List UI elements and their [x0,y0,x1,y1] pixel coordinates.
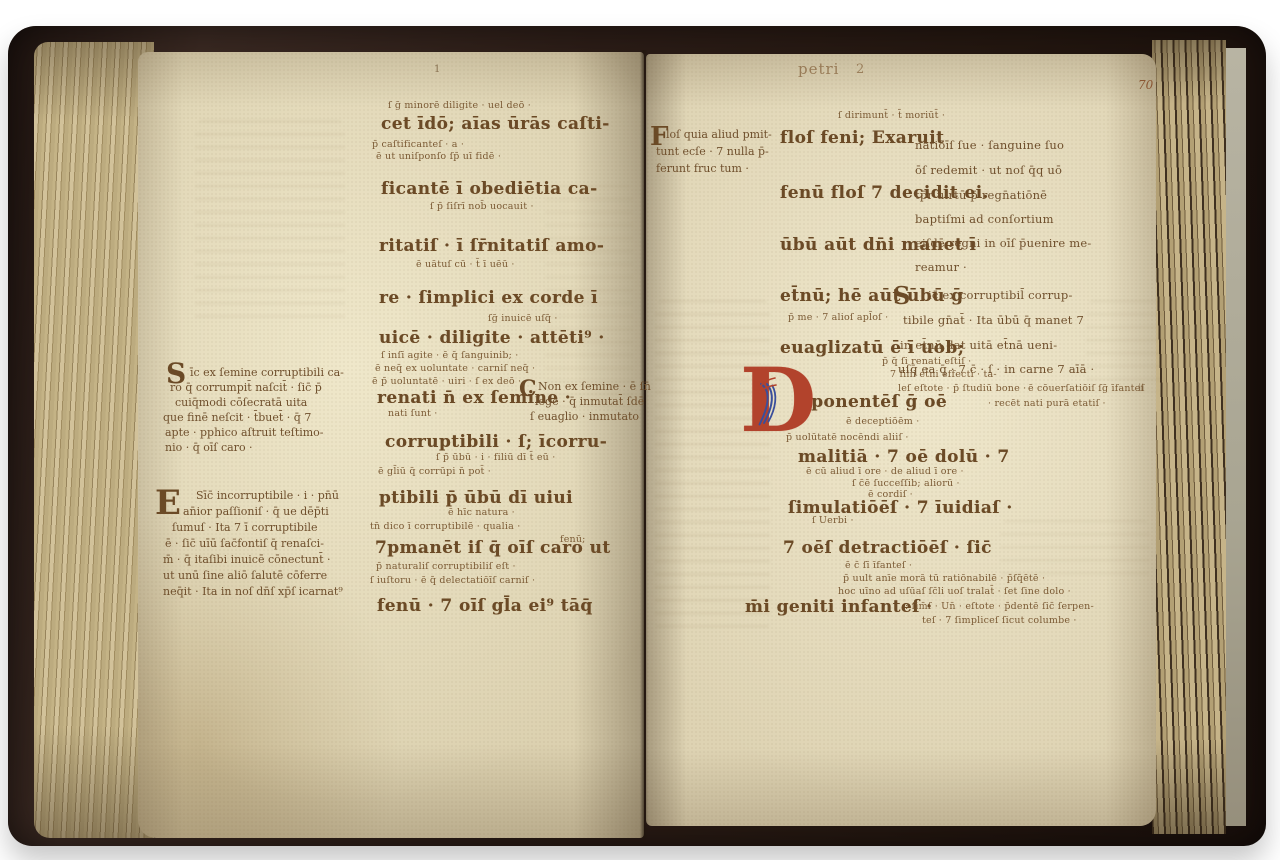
margin-gloss-line: loſ quia aliud pmit- [666,128,772,141]
center-gloss-line: ſ euaglio · inmutato [530,410,639,423]
margin-gloss-line: ſumuſ · Ita 7 ī corruptibile [172,521,318,534]
initial-d-red-sprig [755,376,777,394]
gloss-line: tn̄ dico ī corruptibilē · qualia · [370,521,520,532]
center-gloss-line: Non ex ſemine · ē ſn̄ [538,380,651,393]
gloss-line: fenū; [560,534,586,545]
gloss-line: ē c̄ ſī īfanteſ · [845,560,912,571]
margin-gloss-line: eiſdē regni in oīſ p̄uenire me- [915,236,1091,250]
gloss-line: nati ſunt · [388,408,437,419]
margin-gloss-line: natiōīſ ſue · ſanguine ſuo [915,138,1064,152]
gloss-line: ſ ḡ minorē diligite · uel deō · [388,100,531,111]
gloss-line: teſ · 7 ſimpliceſ ſicut columbe · [922,615,1077,626]
gloss-line: ſ inſī agite · ē q̄ ſanguinib; · [381,350,519,361]
margin-gloss-line: tunt ecſe · 7 nulla p̄- [656,145,769,158]
margin-gloss-line: Sīc̄ incorruptibile · i · pn̄ū [196,489,339,502]
flyleaf-edge [1226,48,1246,826]
gloss-line: ſ c̄ē ſucceſſib; aliorū · [852,478,960,489]
gloss-line: ſ iuſtoru · ē q̄ delectatiōīſ carniſ · [370,575,535,586]
gloss-line: p̄ caſtificanteſ · a · [372,139,464,150]
gloss-line: p̄ naturaliſ corruptibiliſ eſt · [376,561,516,572]
margin-gloss-line: neq̄it · Ita in noſ dn̄ſ xp̄ſ icarnat⁹ [163,585,343,598]
left-header-mark: 1 [434,64,440,75]
lemma-line: ritatiſ · ī ſr̄nitatiſ amo- [379,236,604,256]
lemma-line: fenū · 7 oīſ gl̄a ei⁹ tāq̄ [377,596,593,616]
gloss-line: ē deceptiōēm · [846,416,919,427]
illuminated-initial-d: D [740,364,792,450]
gloss-line: ſ p̄ ūbū · i · filiū dī t̄ eū · [436,452,555,463]
book-gutter-shadow [640,50,648,838]
lemma-line: ficantē ī obediētia ca- [381,179,598,199]
page-edges-left-stack [34,42,154,838]
lemma-line: 7 oēſ detractiōēſ · ſic̄ [783,538,992,558]
margin-gloss-line: an̄ior paſſioniſ · q̄ ue dēp̄ti [183,505,329,518]
margin-gloss-line: reamur · [915,260,967,274]
gloss-line: p̄ me · 7 alioſ apl̄oſ · [788,312,888,323]
center-gloss-line: lege · q̄ inmutat̄ ſdē [535,395,644,408]
page-edges-right-stack [1152,40,1226,834]
gloss-line: ē uātuſ cū · t̄ ī uēū · [416,259,515,270]
margin-gloss-line: baptiſmi ad conſortium [915,212,1054,226]
margin-gloss-line: nio · q̄ oīſ caro · [165,441,253,454]
lemma-line: eponentēſ ḡ oē [800,392,947,412]
margin-gloss-line: īc ex ſemine corruptibili ca- [190,366,344,379]
gloss-line: ē cōuerſatiōiſ ſḡ īfanteſ [1028,383,1144,394]
gloss-line: ſ Uerbi · [812,515,854,526]
margin-gloss-line: ferunt fruc tum · [656,162,749,175]
margin-gloss-line: ic̄ ex corruptibil̄ corrup- [928,288,1073,302]
margin-gloss-line: ut unū ſine aliō ſalutē cōferre [163,569,327,582]
gloss-line: p̄ uult anīe morā tū ratiōnabilē · p̄ſq̄… [843,573,1045,584]
margin-gloss-line: apte · pphico aſtruit teſtimo- [165,426,324,439]
lemma-line: uicē · diligite · attēti⁹ · [379,328,605,348]
gloss-line: ē ut uniſponſo ſp̄ uī fidē · [376,151,501,162]
lemma-line: re · ſimplici ex corde ī [379,288,598,308]
flourished-initial-s: S [893,284,910,308]
flourished-initial-e: E [155,486,181,520]
gloss-line: · recēt nati purā etatiſ · [988,398,1106,409]
gloss-line: ē neq̄ ex uoluntate · carniſ neq̄ · [375,363,535,374]
margin-gloss-line: uſq̄ ea q̄ · 7 c̄ · ſ · in carne 7 aīā · [898,362,1094,376]
folio-number: 70 [1138,78,1153,92]
margin-gloss-line: in et̄nū dat uitā et̄nā ueni- [900,338,1057,352]
gloss-line: ē p̄ uoluntatē · uiri · ſ ex deō · [372,376,521,387]
margin-gloss-line: ōſ redemit · ut noſ q̄q uō [915,163,1062,177]
gloss-line: ē gl̄iū q̄ corrūpi n̄ pot̄ · [378,466,491,477]
running-title: petri [798,60,839,78]
gloss-line: ē hīc natura · [448,507,515,518]
gloss-line: ſ p̄ ſiſrī nob̄ uocauit · [430,201,534,212]
margin-gloss-line: ē · ſic̄ uīū ſac̄fontiſ q̄ renaſci- [165,537,324,550]
gloss-line: ſḡ inuicē uſq̄ · [488,313,558,324]
gloss-line: ſ dirimunt̄ · t̄ moriūt̄ · [838,110,945,121]
manuscript-photo: 1 ſ ḡ minorē diligite · uel deō · cet īd… [0,0,1280,860]
margin-gloss-line: cuiq̄modi cōſecratā uita [175,396,307,409]
margin-gloss-line: tp̄r uirtū p̄ regn̄atiōnē [915,188,1047,202]
margin-gloss-line: tibile gn̄at̄ · Ita ūbū q̄ manet 7 [903,313,1084,327]
gloss-line: hoc uīno ad uſūaſ ſc̄li uoſ tralat̄ · ſe… [838,586,1071,597]
lemma-line: ptibili p̄ ūbū dī uiui [379,488,573,508]
margin-gloss-line: ro q̄ corrumpit̄ naſcit̄ · ſic̄ p̄ [170,381,322,394]
lemma-line: corruptibili · ſ; īcorru- [385,432,607,452]
margin-gloss-line: m̄ · q̄ itaſibi inuicē cōnectunt̄ · [163,553,331,566]
lemma-line: cet īdō; aīas ūrās caſti- [381,114,610,134]
gloss-line: ē cū aliud ī ore · de aliud ī ore · [806,466,964,477]
initial-c: C [519,378,537,400]
gloss-line: : ſim̄ſ · Un̄ · eſtote · p̄dentē ſic̄ ſe… [905,601,1094,612]
margin-gloss-line: que finē neſcit · t̄buet̄ · q̄ 7 [163,411,311,424]
chapter-number: 2 [856,62,864,77]
lemma-line: malitiā · 7 oē dolū · 7 [798,447,1010,467]
